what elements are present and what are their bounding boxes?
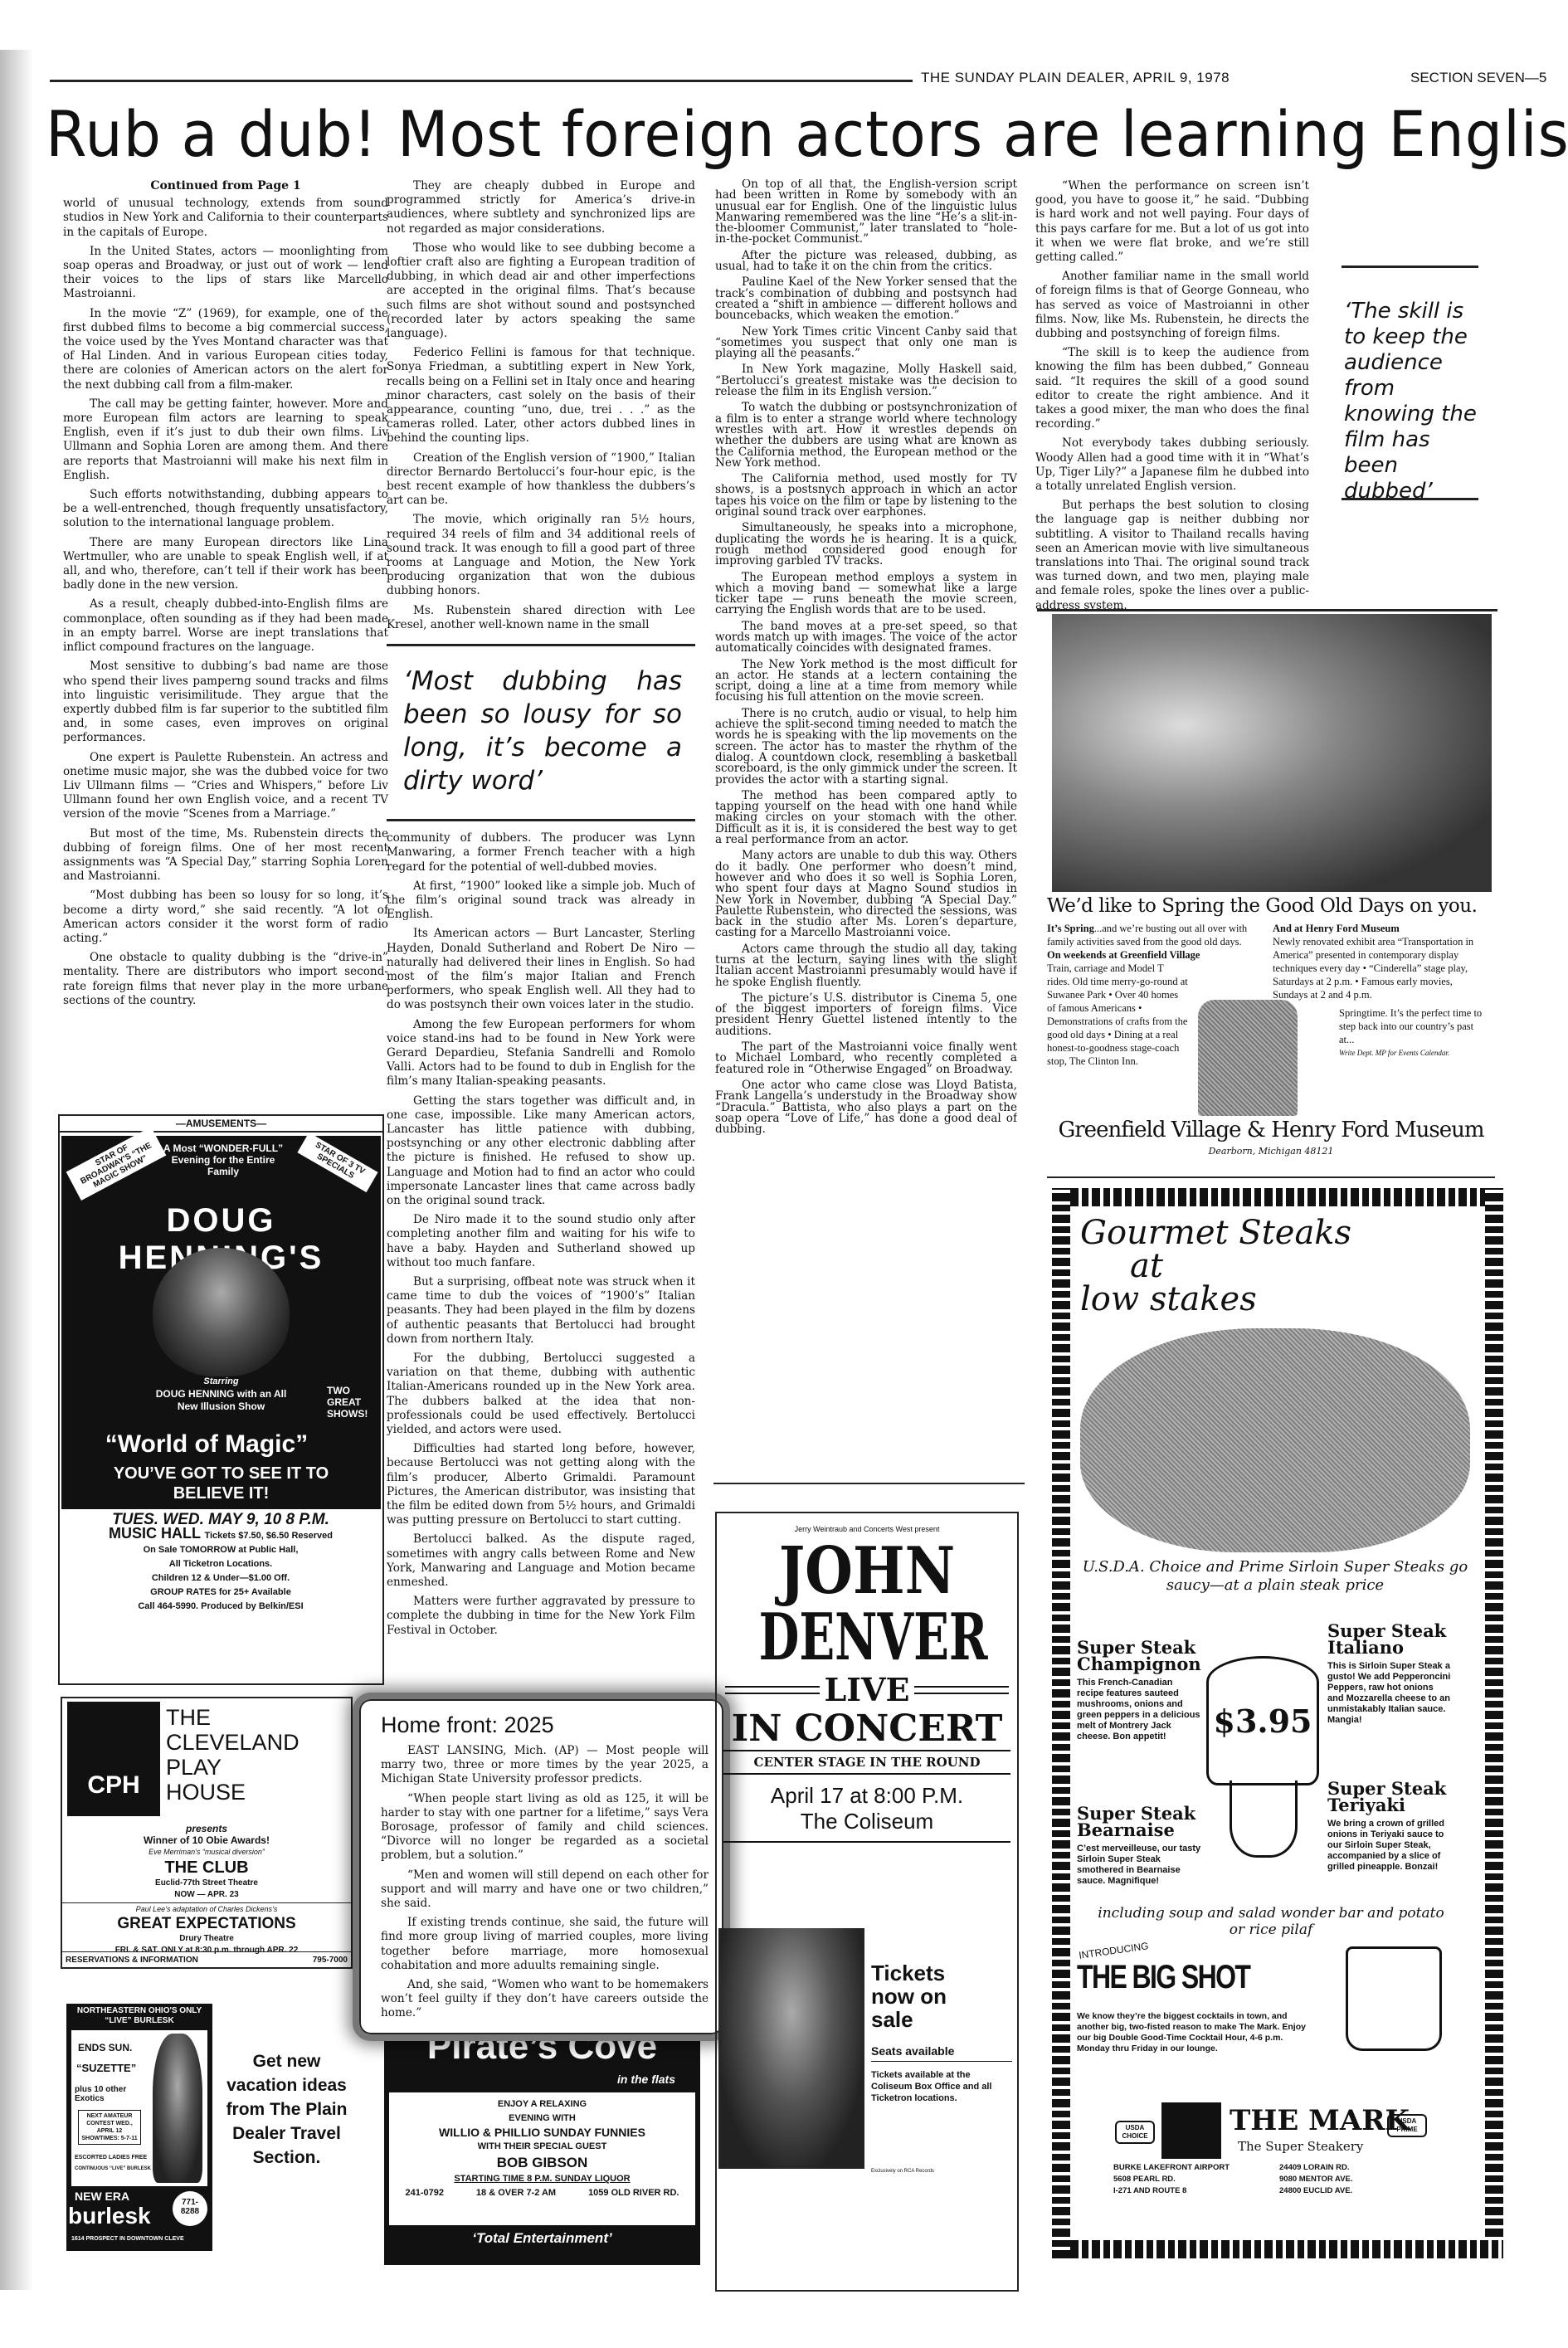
playhouse-details: presents Winner of 10 Obie Awards! Eve M…	[62, 1823, 351, 1956]
playhouse-theatre1: Euclid-77th Street Theatre	[62, 1878, 351, 1889]
playhouse-name-line: THE	[166, 1705, 299, 1730]
pullquote-skill: ‘The skill is to keep the audience from …	[1344, 299, 1489, 504]
paragraph: Many actors are unable to dub this way. …	[715, 850, 1017, 938]
mark-title-line1: Gourmet Steaks	[1080, 1216, 1351, 1250]
article-column-1: Continued from Page 1 world of unusual t…	[63, 179, 388, 1108]
henning-tagline: A Most “WONDER-FULL” Evening for the Ent…	[161, 1142, 285, 1177]
mark-ad: Gourmet Steaks at low stakes U.S.D.A. Ch…	[1072, 1208, 1483, 2238]
paragraph: But a surprising, offbeat note was struc…	[387, 1275, 695, 1347]
pirates-address: 1059 OLD RIVER RD.	[588, 2186, 679, 2200]
paragraph: Such efforts notwithstanding, dubbing ap…	[63, 488, 388, 531]
pullquote-dubbing: ‘Most dubbing has been so lousy for so l…	[387, 646, 695, 819]
denver-live-row: LIVE	[717, 1671, 1017, 1708]
paragraph: Ms. Rubenstein shared direction with Lee…	[387, 604, 695, 632]
paragraph: community of dubbers. The producer was L…	[387, 831, 695, 874]
playhouse-credit2: Paul Lee’s adaptation of Charles Dickens…	[62, 1903, 351, 1915]
playhouse-theatre2: Drury Theatre	[62, 1933, 351, 1945]
denver-stage: CENTER STAGE IN THE ROUND	[723, 1750, 1010, 1775]
continued-from-label: Continued from Page 1	[63, 179, 388, 193]
pirates-info-row: 241-0792 18 & OVER 7-2 AM 1059 OLD RIVER…	[389, 2186, 695, 2200]
paragraph: Not everybody takes dubbing seriously. W…	[1035, 436, 1309, 494]
dateline: THE SUNDAY PLAIN DEALER, APRIL 9, 1978	[921, 70, 1230, 86]
paragraph: The band moves at a pre-set speed, so th…	[715, 621, 1017, 655]
henning-tickets: Tickets $7.50, $6.50 Reserved	[204, 1531, 333, 1541]
paragraph: “When people start living as old as 125,…	[381, 1792, 709, 1863]
henning-ad: A Most “WONDER-FULL” Evening for the Ent…	[61, 1136, 381, 1509]
henning-venue: MUSIC HALL	[109, 1525, 201, 1542]
greenfield-right-close: Springtime. It’s the perfect time to ste…	[1273, 1006, 1488, 1046]
mark-introducing: INTRODUCING	[1078, 1940, 1149, 1961]
scan-edge-shadow	[0, 50, 33, 2290]
mark-title-line2: at	[1080, 1250, 1351, 1283]
denver-date: April 17 at 8:00 P.M.	[717, 1783, 1017, 1809]
henning-two-shows: TWO GREAT SHOWS!	[327, 1385, 377, 1420]
paragraph: In the movie “Z” (1969), for example, on…	[63, 307, 388, 392]
burlesk-plus: plus 10 other Exotics	[75, 2085, 141, 2103]
pirates-age: 18 & OVER 7-2 AM	[476, 2186, 556, 2200]
paragraph: There are many European directors like L…	[63, 536, 388, 593]
playhouse-reservations: RESERVATIONS & INFORMATION	[66, 1956, 198, 1965]
henning-group: GROUP RATES for 25+ Available	[63, 1586, 378, 1600]
travel-promo[interactable]: Get new vacation ideas from The Plain De…	[222, 2049, 351, 2170]
chef-face-icon	[1230, 1780, 1298, 1858]
mark-border-bottom	[1070, 2240, 1503, 2258]
paragraph: Creation of the English version of “1900…	[387, 451, 695, 509]
paragraph: Federico Fellini is famous for that tech…	[387, 346, 695, 446]
pirates-line3: WITH THEIR SPECIAL GUEST	[389, 2140, 695, 2154]
henning-children: Children 12 & Under—$1.00 Off.	[63, 1571, 378, 1586]
mark-locations: BURKE LAKEFRONT AIRPORT 24409 LORAIN RD.…	[1113, 2162, 1445, 2197]
burlesk-address: 1614 PROSPECT IN DOWNTOWN CLEVE	[71, 2236, 184, 2242]
article-column-3: On top of all that, the English-version …	[715, 179, 1017, 1482]
pirates-phone: 241-0792	[405, 2186, 444, 2200]
amusements-box: —AMUSEMENTS— A Most “WONDER-FULL” Evenin…	[58, 1114, 384, 1685]
henning-star-left: STAR OF BROADWAY'S “THE MAGIC SHOW”	[66, 1127, 167, 1201]
burlesk-contest: NEXT AMATEUR CONTEST WED., APRIL 12 SHOW…	[78, 2110, 141, 2145]
john-denver-ad: Jerry Weintraub and Concerts West presen…	[715, 1512, 1019, 2292]
denver-photo	[718, 1928, 864, 2169]
burlesk-ladies: ESCORTED LADIES FREE	[75, 2155, 147, 2160]
usda-prime-badge: USDA PRIME	[1387, 2114, 1427, 2137]
home-front-sidebar[interactable]: Home front: 2025 EAST LANSING, Mich. (AP…	[353, 1693, 730, 2041]
mark-title-line3: low stakes	[1080, 1283, 1351, 1316]
headline: Rub a dub! Most foreign actors are learn…	[46, 100, 1434, 169]
denver-where: Tickets available at the Coliseum Box Of…	[871, 2069, 1012, 2104]
mark-item-name: Super Steak Champignon	[1077, 1639, 1201, 1673]
mark-location: 9080 MENTOR AVE.	[1279, 2174, 1445, 2185]
paragraph: Among the few European performers for wh…	[387, 1018, 695, 1089]
henning-venue-line: MUSIC HALL Tickets $7.50, $6.50 Reserved	[63, 1527, 378, 1543]
paragraph: world of unusual technology, extends fro…	[63, 197, 388, 240]
playhouse-name: THE CLEVELAND PLAY HOUSE	[166, 1705, 299, 1805]
henning-sale: On Sale TOMORROW at Public Hall,	[63, 1543, 378, 1557]
pullquote2-rule-bottom	[1342, 498, 1478, 500]
mark-item-desc: This French-Canadian recipe features sau…	[1077, 1678, 1201, 1742]
henning-call: Call 464-5990. Produced by Belkin/ESI	[63, 1600, 378, 1614]
greenfield-right-body: Newly renovated exhibit area “Transporta…	[1273, 935, 1488, 1001]
paragraph: Bertolucci balked. As the dispute raged,…	[387, 1532, 695, 1590]
pirates-time: STARTING TIME 8 P.M. SUNDAY LIQUOR	[389, 2172, 695, 2186]
paragraph: The New York method is the most difficul…	[715, 660, 1017, 704]
paragraph: As a result, cheaply dubbed-into-English…	[63, 597, 388, 655]
article-column-4: “When the performance on screen isn’t go…	[1035, 179, 1309, 611]
playhouse-logo: CPH	[67, 1702, 160, 1816]
mark-border-left	[1052, 1188, 1070, 2258]
greenfield-left-body: Train, carriage and Model T rides. Old t…	[1047, 962, 1188, 1068]
henning-ticketron: All Ticketron Locations.	[63, 1557, 378, 1571]
playhouse-name-line: PLAY	[166, 1755, 299, 1780]
paragraph: And, she said, “Women who want to be hom…	[381, 1978, 709, 2021]
burlesk-panel: ENDS SUN. “SUZETTE” plus 10 other Exotic…	[71, 2030, 207, 2186]
mark-bigshot-desc: We know they’re the biggest cocktails in…	[1077, 2011, 1317, 2054]
greenfield-right-head: And at Henry Ford Museum	[1273, 922, 1488, 935]
paragraph: One actor who came close was Lloyd Batis…	[715, 1080, 1017, 1135]
burlesk-header: NORTHEASTERN OHIO'S ONLY “LIVE” BURLESK	[66, 2004, 212, 2029]
section-label: SECTION SEVEN—5	[1410, 70, 1546, 86]
mark-item-desc: C’est merveilleuse, our tasty Sirloin Su…	[1077, 1844, 1201, 1887]
paragraph: Matters were further aggravated by press…	[387, 1595, 695, 1638]
denver-live-rule-right	[914, 1686, 1009, 1694]
mark-brand-sub: The Super Steakery	[1238, 2139, 1363, 2154]
playhouse-show1: THE CLUB	[62, 1858, 351, 1878]
denver-live-rule-left	[725, 1686, 820, 1694]
burlesk-brand: burlesk	[68, 2203, 151, 2229]
greenfield-name: Greenfield Village & Henry Ford Museum	[1047, 1118, 1495, 1142]
burlesk-newera: NEW ERA	[75, 2190, 129, 2203]
mark-item-name: Super Steak Teriyaki	[1327, 1780, 1452, 1814]
sidebar-title: Home front: 2025	[381, 1711, 709, 1739]
mark-item-champignon: Super Steak Champignon This French-Canad…	[1077, 1639, 1201, 1742]
greenfield-headline: We’d like to Spring the Good Old Days on…	[1047, 895, 1495, 917]
burlesk-dancer-photo	[153, 2034, 202, 2183]
playhouse-run1: NOW — APR. 23	[62, 1889, 351, 1903]
denver-tickets: Tickets now on sale	[871, 1961, 962, 2031]
paragraph: “When the performance on screen isn’t go…	[1035, 179, 1309, 265]
steak-illustration	[1080, 1328, 1470, 1552]
greenfield-ad: We’d like to Spring the Good Old Days on…	[1047, 892, 1495, 1166]
greenfield-bottom-rule	[1047, 1176, 1495, 1178]
henning-slogan: YOU’VE GOT TO SEE IT TO BELIEVE IT!	[95, 1464, 348, 1503]
article-column-2: They are cheaply dubbed in Europe and pr…	[387, 179, 695, 1689]
mark-price: $3.95	[1214, 1703, 1312, 1740]
paragraph: “Most dubbing has been so lousy for so l…	[63, 889, 388, 946]
paragraph: After the picture was released, dubbing,…	[715, 251, 1017, 273]
paragraph: The California method, used mostly for T…	[715, 474, 1017, 518]
paragraph: The method has been compared aptly to ta…	[715, 791, 1017, 845]
paragraph: Its American actors — Burt Lancaster, St…	[387, 927, 695, 1012]
denver-name1: JOHN	[739, 1538, 995, 1605]
playhouse-award: Winner of 10 Obie Awards!	[62, 1834, 351, 1846]
playhouse-logo-mark: CPH	[87, 1771, 139, 1800]
paragraph: In New York magazine, Molly Haskell said…	[715, 364, 1017, 397]
mark-location: 24409 LORAIN RD.	[1279, 2162, 1445, 2174]
greenfield-right: And at Henry Ford Museum Newly renovated…	[1273, 922, 1488, 1060]
paragraph: De Niro made it to the sound studio only…	[387, 1213, 695, 1270]
mark-item-bearnaise: Super Steak Bearnaise C’est merveilleuse…	[1077, 1805, 1201, 1887]
paragraph: EAST LANSING, Mich. (AP) — Most people w…	[381, 1744, 709, 1787]
paragraph: They are cheaply dubbed in Europe and pr…	[387, 179, 695, 236]
paragraph: The part of the Mastroianni voice finall…	[715, 1042, 1017, 1075]
playhouse-phone: 795-7000	[313, 1956, 348, 1965]
paragraph: Simultaneously, he speaks into a microph…	[715, 523, 1017, 567]
pirates-line1: ENJOY A RELAXING EVENING WITH	[480, 2097, 605, 2126]
mark-item-desc: This is Sirloin Super Steak a gusto! We …	[1327, 1661, 1452, 1726]
paragraph: Getting the stars together was difficult…	[387, 1094, 695, 1209]
pirates-body: ENJOY A RELAXING EVENING WITH WILLIO & P…	[389, 2092, 695, 2225]
playhouse-name-line: CLEVELAND	[166, 1730, 299, 1755]
pullquote2-rule-top	[1342, 265, 1478, 268]
mark-location: 24800 EUCLID AVE.	[1279, 2185, 1445, 2197]
playhouse-presents: presents	[62, 1823, 351, 1834]
paragraph: One obstacle to quality dubbing is the “…	[63, 951, 388, 1008]
paragraph: “The skill is to keep the audience from …	[1035, 346, 1309, 431]
column-4-bottom-rule	[1037, 609, 1497, 611]
paragraph: For the dubbing, Bertolucci suggested a …	[387, 1352, 695, 1437]
mark-border-top	[1070, 1188, 1502, 1206]
paragraph: In the United States, actors — moonlight…	[63, 245, 388, 302]
denver-presenter: Jerry Weintraub and Concerts West presen…	[717, 1525, 1017, 1533]
denver-name2: DENVER	[759, 1605, 976, 1671]
paragraph: But most of the time, Ms. Rubenstein dir…	[63, 827, 388, 884]
mark-location: 5608 PEARL RD.	[1113, 2174, 1279, 2185]
column-3-bottom-rule	[713, 1483, 1025, 1484]
paragraph: New York Times critic Vincent Canby said…	[715, 327, 1017, 360]
burlesk-ad: NORTHEASTERN OHIO'S ONLY “LIVE” BURLESK …	[66, 2004, 212, 2251]
paragraph: Most sensitive to dubbing’s bad name are…	[63, 660, 388, 745]
greenfield-photo	[1052, 614, 1492, 892]
henning-world-of-magic: “World of Magic”	[78, 1430, 335, 1459]
paragraph: One expert is Paulette Rubenstein. An ac…	[63, 751, 388, 822]
chef-hat-price: $3.95	[1206, 1656, 1319, 1785]
mark-item-teriyaki: Super Steak Teriyaki We bring a crown of…	[1327, 1780, 1452, 1873]
usda-choice-badge: USDA CHOICE	[1115, 2121, 1155, 2144]
denver-concert: IN CONCERT	[717, 1708, 1017, 1750]
paragraph: Another familiar name in the small world…	[1035, 270, 1309, 341]
mark-item-italiano: Super Steak Italiano This is Sirloin Sup…	[1327, 1623, 1452, 1726]
pullquote-rule-bottom	[387, 819, 695, 821]
playhouse-name-line: HOUSE	[166, 1780, 299, 1805]
mark-including: including soup and salad wonder bar and …	[1097, 1905, 1445, 1938]
mark-location: BURKE LAKEFRONT AIRPORT	[1113, 2162, 1279, 2174]
denver-credit: Exclusively on RCA Records	[871, 2169, 934, 2174]
denver-venue: The Coliseum	[723, 1809, 1010, 1843]
paragraph: The picture’s U.S. distributor is Cinema…	[715, 993, 1017, 1037]
henning-starring: Starring	[153, 1376, 290, 1386]
playhouse-credit: Eve Merriman’s “musical diversion”	[62, 1846, 351, 1858]
pirates-sub: in the flats	[617, 2073, 675, 2086]
henning-details: TUES. WED. MAY 9, 10 8 P.M. MUSIC HALL T…	[63, 1513, 378, 1614]
paragraph: Actors came through the studio all day, …	[715, 944, 1017, 988]
paragraph: At first, “1900” looked like a simple jo…	[387, 879, 695, 923]
amusements-label: —AMUSEMENTS—	[60, 1116, 382, 1133]
burlesk-phone: 771-8288	[173, 2191, 207, 2226]
greenfield-location: Dearborn, Michigan 48121	[1047, 1146, 1495, 1157]
pirates-slogan: ‘Total Entertainment’	[384, 2230, 700, 2247]
paragraph: If existing trends continue, she said, t…	[381, 1916, 709, 1973]
paragraph: To watch the dubbing or postsynchronizat…	[715, 402, 1017, 469]
henning-starring-name: DOUG HENNING with an All New Illusion Sh…	[153, 1388, 290, 1413]
masthead-rule	[50, 80, 913, 82]
paragraph: On top of all that, the English-version …	[715, 179, 1017, 246]
mark-subtitle: U.S.D.A. Choice and Prime Sirloin Super …	[1072, 1558, 1478, 1595]
mark-title: Gourmet Steaks at low stakes	[1080, 1216, 1351, 1316]
paragraph: “Men and women will still depend on each…	[381, 1868, 709, 1912]
playhouse-show2: GREAT EXPECTATIONS	[62, 1915, 351, 1933]
burlesk-star: “SUZETTE”	[76, 2062, 136, 2074]
mark-logo-icon	[1161, 2102, 1221, 2159]
playhouse-ad: CPH THE CLEVELAND PLAY HOUSE presents Wi…	[61, 1697, 353, 1969]
henning-star-right: STAR OF 3 TV SPECIALS	[297, 1133, 377, 1192]
sidebar-body: EAST LANSING, Mich. (AP) — Most people w…	[381, 1744, 709, 2021]
greenfield-left-head: On weekends at Greenfield Village	[1047, 948, 1254, 962]
paragraph: The call may be getting fainter, however…	[63, 397, 388, 483]
denver-live: LIVE	[825, 1671, 910, 1708]
pirates-line2: WILLIO & PHILLIO SUNDAY FUNNIES	[389, 2126, 695, 2140]
paragraph: Those who would like to see dubbing beco…	[387, 241, 695, 341]
paragraph: Pauline Kael of the New Yorker sensed th…	[715, 277, 1017, 321]
paragraph: Difficulties had started long before, ho…	[387, 1442, 695, 1527]
henning-portrait	[153, 1248, 290, 1376]
mark-item-name: Super Steak Bearnaise	[1077, 1805, 1201, 1839]
denver-seats: Seats available	[871, 2044, 1012, 2062]
cocktail-glass-icon	[1346, 1946, 1442, 2051]
mark-item-name: Super Steak Italiano	[1327, 1623, 1452, 1656]
mark-border-right	[1485, 1188, 1503, 2258]
mark-location: I-271 AND ROUTE 8	[1113, 2185, 1279, 2197]
playhouse-reservations-bar: RESERVATIONS & INFORMATION 795-7000	[62, 1951, 351, 1968]
pirates-guest: BOB GIBSON	[389, 2154, 695, 2172]
mark-bigshot: THE BIG SHOT	[1077, 1959, 1249, 1996]
greenfield-write: Write Dept. MP for Events Calendar.	[1273, 1046, 1488, 1060]
paragraph: The European method employs a system in …	[715, 572, 1017, 616]
paragraph: But perhaps the best solution to closing…	[1035, 499, 1309, 611]
burlesk-ends: ENDS SUN.	[78, 2042, 132, 2053]
paragraph: The movie, which originally ran 5½ hours…	[387, 513, 695, 598]
mark-item-desc: We bring a crown of grilled onions in Te…	[1327, 1819, 1452, 1873]
paragraph: There is no crutch, audio or visual, to …	[715, 709, 1017, 786]
mark-brand: THE MARK	[1230, 2104, 1410, 2137]
greenfield-left-intro-bold: It’s Spring	[1047, 923, 1094, 934]
